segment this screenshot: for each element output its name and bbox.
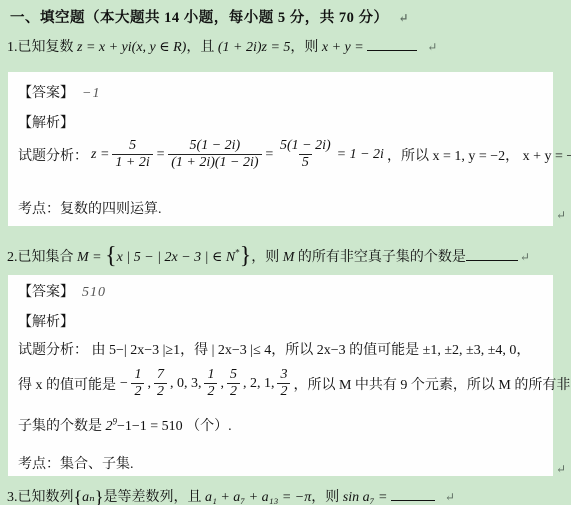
question-2-tail: 的所有非空真子集的个数是 [298,250,466,265]
paragraph-mark-icon: ↵ [520,250,530,264]
line-2-suffix: ，所以 M 中共有 9 个元素，所以 M 的所有非空真 [293,374,571,394]
question-1-mid: ，且 [186,40,214,55]
answer-box-2: 【答案】510 【解析】 试题分析： 由 5−| 2x−3 |≥1，得 | 2x… [8,275,553,476]
separator: , [147,376,151,392]
paragraph-mark-icon: ↵ [445,490,455,504]
question-3-math-sum: a₁ + a₇ + a₁₃ = −π [205,490,311,505]
answer-row: 【答案】−1 [18,82,100,102]
question-1-math-eq: (1 + 2i)z = 5 [218,40,291,55]
solution-conclusion: ，所以 x = 1, y = −2， x + y = −1. [387,145,571,165]
separator: , [220,376,224,392]
answer-blank [466,247,518,261]
answer-value: −1 [82,86,100,101]
question-1-math-xy: x + y = [322,40,364,55]
answer-box-1: 【答案】−1 【解析】 试题分析： z = 51 + 2i = 5(1 − 2i… [8,72,553,226]
equals-sign: = [156,147,165,163]
fraction: 52 [227,367,240,400]
question-2-mid: ，则 [251,250,279,265]
answer-blank [391,487,435,501]
question-2: 2.已知集合 M = {x | 5 − | 2x − 3 | ∈ N*}，则 M… [7,243,530,270]
formula-lead: z = [91,147,109,163]
equals-sign: = [265,147,274,163]
question-3-mid: 是等差数列，且 [103,490,201,505]
paragraph-mark-icon: ↵ [427,40,437,54]
answer-value: 510 [82,285,106,300]
question-2-math-m: M = [77,250,102,265]
question-2-prefix: 2.已知集合 [7,250,74,265]
section-header-text: 一、填空题（本大题共 14 小题，每小题 5 分，共 70 分） [10,10,389,26]
question-2-math-m2: M [283,250,295,265]
document-page: 一、填空题（本大题共 14 小题，每小题 5 分，共 70 分）↵ 1.已知复数… [0,0,571,505]
solution-line-1: 试题分析： 由 5−| 2x−3 |≥1，得 | 2x−3 |≤ 4，所以 2x… [18,339,530,359]
analysis-label: 【解析】 [18,112,74,132]
question-3: 3.已知数列{aₙ}是等差数列，且 a₁ + a₇ + a₁₃ = −π，则 s… [7,486,455,505]
solution-line-2: 得 x 的值可能是 −12, 72, 0, 3, 12, 52, 2, 1, 3… [18,367,571,400]
fraction: 12 [131,367,144,400]
fraction: 72 [154,367,167,400]
question-3-math-sin: sin a₇ = [343,490,388,505]
fraction: 5(1 − 2i)5 [277,138,334,171]
fraction: 12 [204,367,217,400]
solution-line-3: 子集的个数是 29−1−1 = 510 （个）. [18,415,232,435]
analysis-label: 【解析】 [18,311,74,331]
answer-row: 【答案】510 [18,281,106,301]
line-3-prefix: 子集的个数是 [18,419,102,434]
left-brace: { [105,243,117,269]
section-header: 一、填空题（本大题共 14 小题，每小题 5 分，共 70 分）↵ [10,6,409,27]
exam-point-2: 考点：集合、子集. [18,453,134,473]
line-2-prefix: 得 x 的值可能是 [18,374,116,394]
answer-label: 【答案】 [18,86,74,101]
paragraph-mark-icon: ↵ [556,462,566,477]
answer-label: 【答案】 [18,285,74,300]
question-3-prefix: 3.已知数列 [7,490,74,505]
solution-label: 试题分析： [18,343,88,358]
paragraph-mark-icon: ↵ [399,11,410,25]
question-1: 1.已知复数 z = x + yi(x, y ∈ R)，且 (1 + 2i)z … [7,36,437,56]
left-brace: { [74,487,83,505]
solution-label: 试题分析： [18,145,88,165]
right-brace: } [240,243,252,269]
line-3-suffix: −1−1 = 510 （个）. [117,419,232,434]
answer-blank [367,37,417,51]
minus-sign: − [119,376,128,392]
formula-tail: = 1 − 2i [337,147,384,163]
plain-values: , 2, 1, [243,376,275,392]
set-body: x | 5 − | 2x − 3 | ∈ N [117,250,236,265]
solution-line-1-text: 由 5−| 2x−3 |≥1，得 | 2x−3 |≤ 4，所以 2x−3 的值可… [92,343,531,358]
fraction: 5(1 − 2i)(1 + 2i)(1 − 2i) [168,138,261,171]
solution-formula-1: 试题分析： z = 51 + 2i = 5(1 − 2i)(1 + 2i)(1 … [18,138,571,171]
plain-values: , 0, 3, [170,376,202,392]
paragraph-mark-icon: ↵ [556,208,566,223]
question-1-prefix: 1.已知复数 [7,40,74,55]
fraction: 51 + 2i [112,138,152,171]
question-1-math-z: z = x + yi(x, y ∈ R) [77,40,186,55]
fraction: 32 [277,367,290,400]
power-expression: 29 [106,419,118,434]
question-3-then: ，则 [311,490,339,505]
sequence-symbol: aₙ [82,490,95,505]
exam-point-1: 考点：复数的四则运算. [18,198,162,218]
question-1-then: ，则 [290,40,318,55]
